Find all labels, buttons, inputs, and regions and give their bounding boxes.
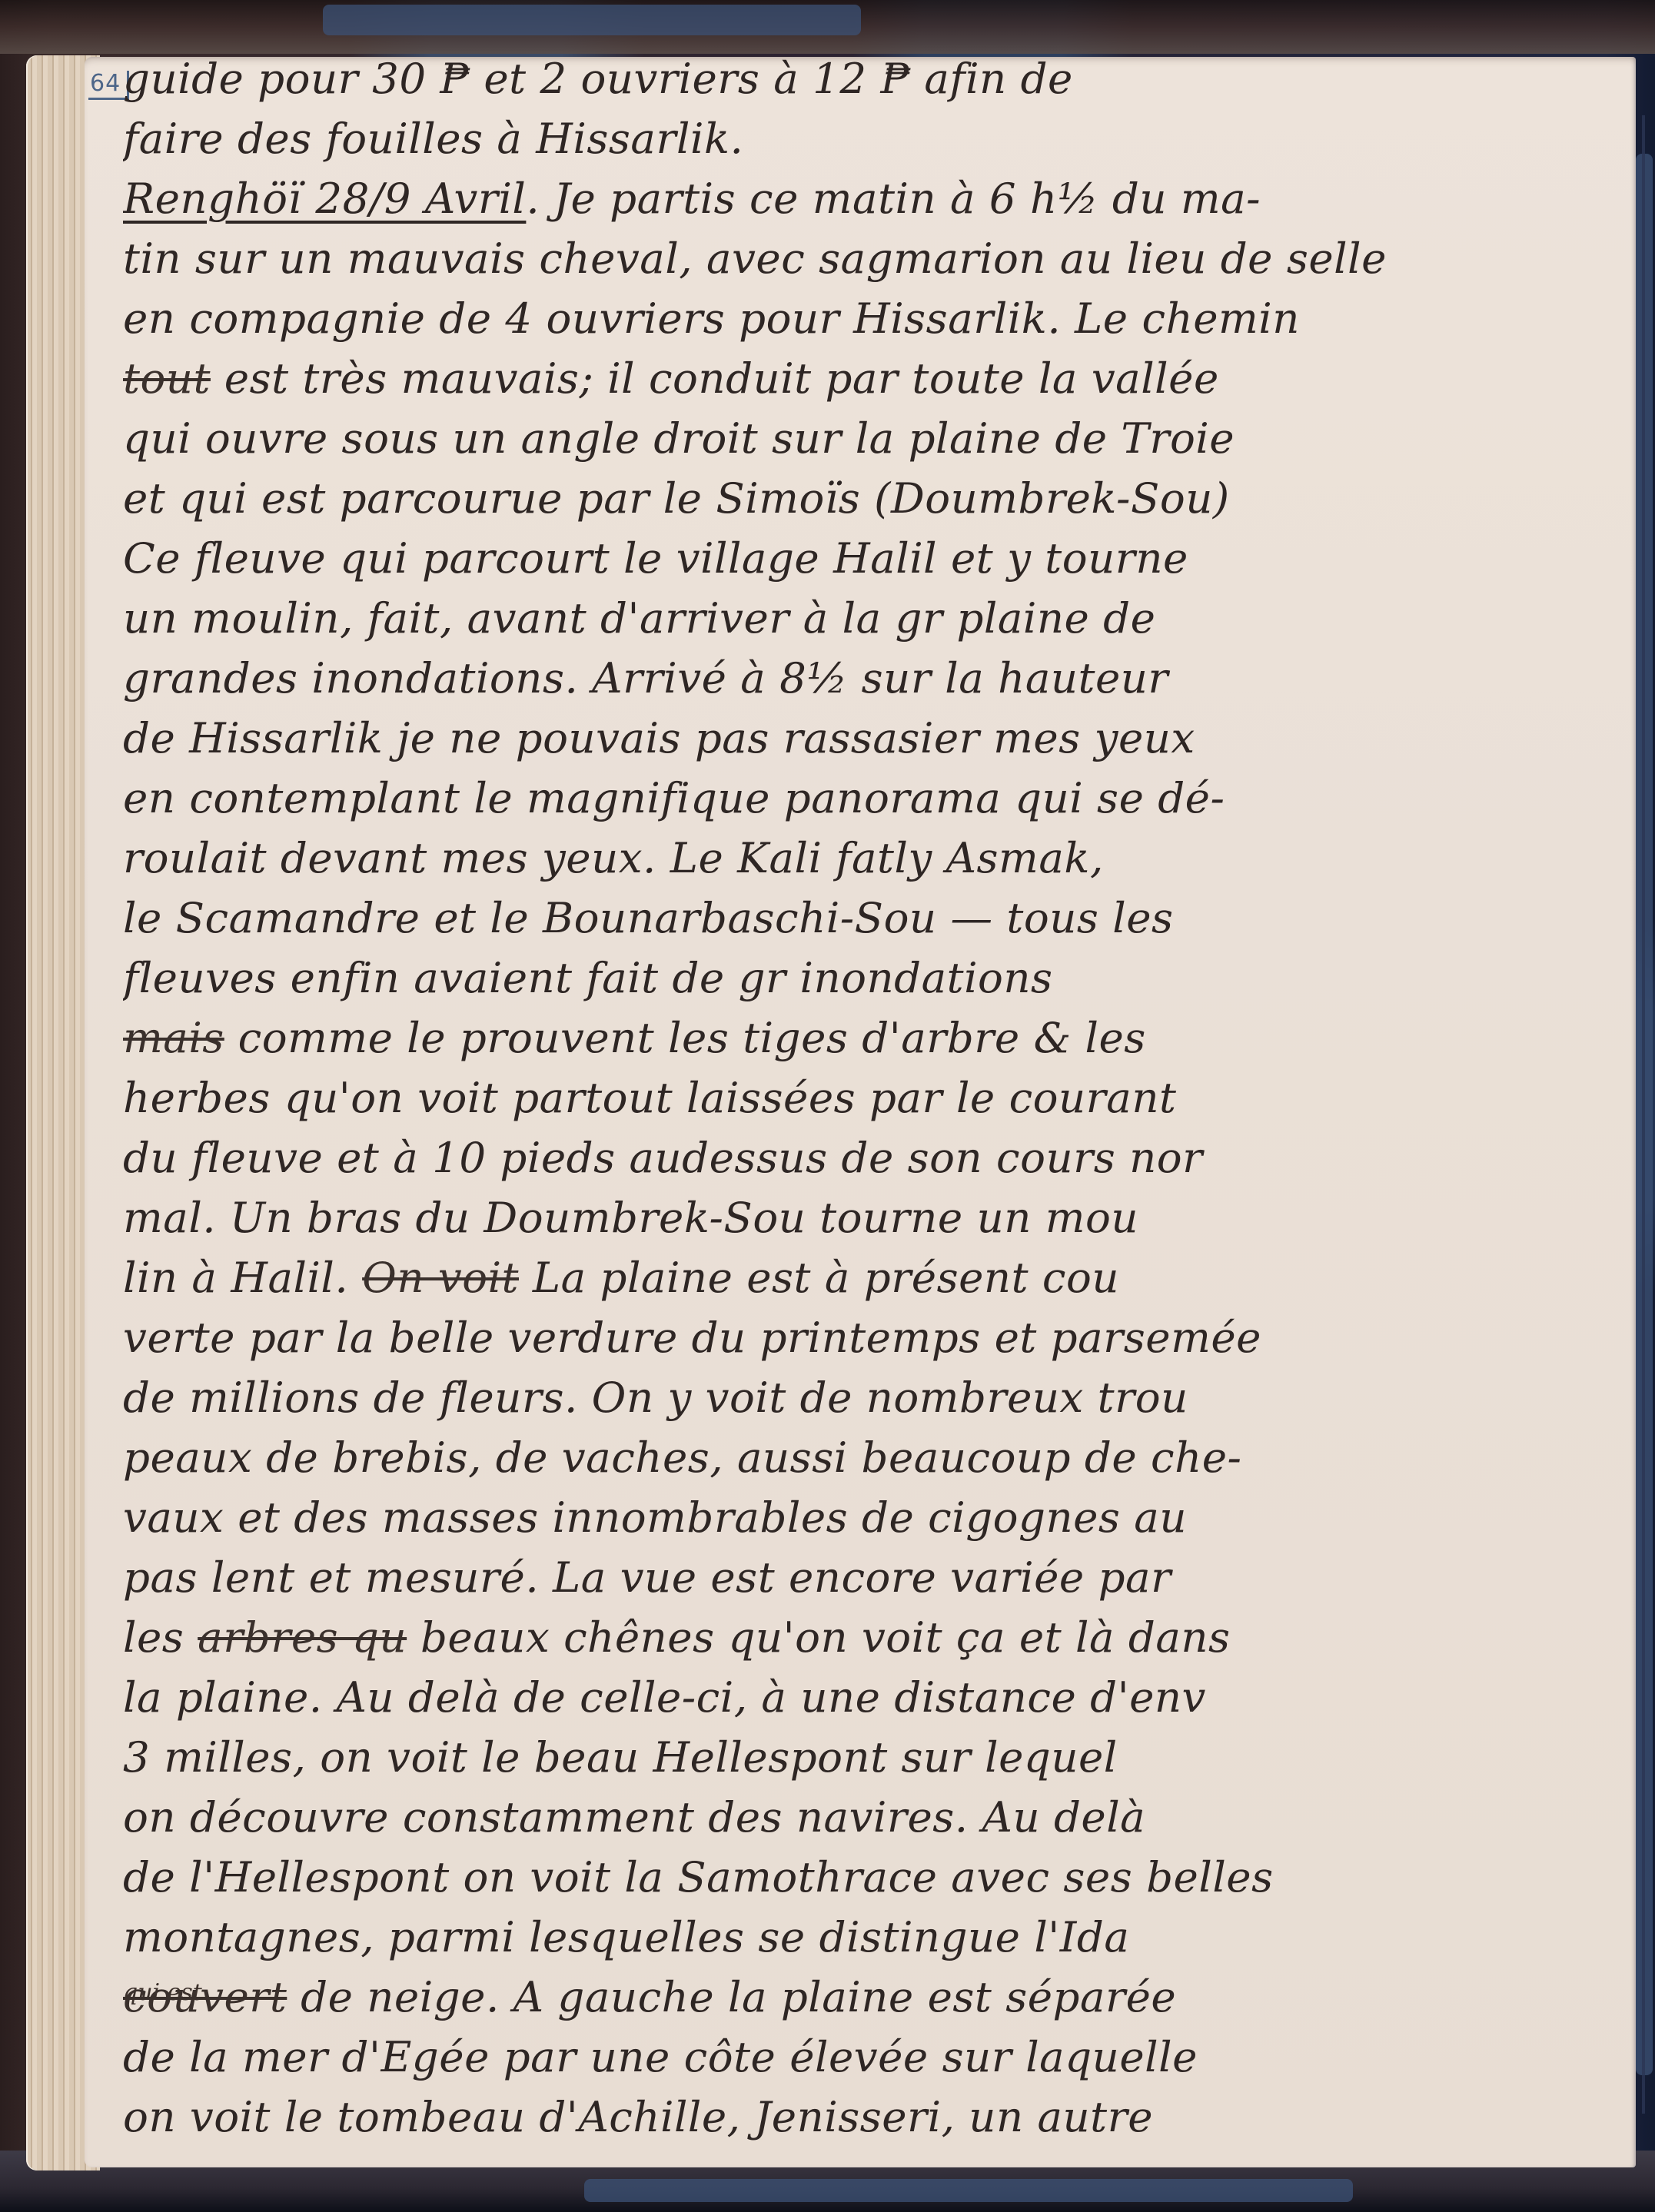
line-text: mal. Un bras du Doumbrek-Sou tourne un m… (123, 1193, 1138, 1242)
text-line: herbes qu'on voit partout laissées par l… (123, 1065, 1630, 1125)
text-line: tout est très mauvais; il conduit par to… (123, 346, 1630, 406)
line-text: faire des fouilles à Hissarlik. (123, 114, 743, 163)
text-line: du fleuve et à 10 pieds audessus de son … (123, 1125, 1630, 1185)
text-line: montagnes, parmi lesquelles se distingue… (123, 1905, 1630, 1965)
line-text: est très mauvais; il conduit par toute l… (211, 354, 1219, 403)
text-line: verte par la belle verdure du printemps … (123, 1305, 1630, 1365)
text-line: qui ouvre sous un angle droit sur la pla… (123, 406, 1630, 466)
line-text: le Scamandre et le Bounarbaschi-Sou — to… (123, 893, 1174, 942)
line-text: de neige. A gauche la plaine est séparée (287, 1972, 1176, 2021)
struck-text: tout (123, 354, 211, 403)
text-line: un moulin, fait, avant d'arriver à la gr… (123, 586, 1630, 646)
line-text: peaux de brebis, de vaches, aussi beauco… (123, 1433, 1242, 1482)
text-line: couvert de neige. A gauche la plaine est… (123, 1965, 1630, 2024)
text-line: de millions de fleurs. On y voit de nomb… (123, 1365, 1630, 1425)
text-line: en compagnie de 4 ouvriers pour Hissarli… (123, 286, 1630, 346)
text-line: mal. Un bras du Doumbrek-Sou tourne un m… (123, 1185, 1630, 1245)
line-text: en compagnie de 4 ouvriers pour Hissarli… (123, 294, 1300, 343)
line-text: beaux chênes qu'on voit ça et là dans (407, 1613, 1230, 1662)
text-line: tin sur un mauvais cheval, avec sagmario… (123, 226, 1630, 286)
struck-text: On voit (362, 1253, 519, 1302)
line-text: et qui est parcourue par le Simoïs (Doum… (123, 473, 1230, 523)
struck-text: arbres qu (198, 1613, 407, 1662)
line-text: grandes inondations. Arrivé à 8½ sur la … (123, 653, 1168, 702)
line-text: du fleuve et à 10 pieds audessus de son … (123, 1133, 1203, 1182)
text-line: lin à Halil. On voit La plaine est à pré… (123, 1245, 1630, 1305)
marbled-cover-patch (584, 2179, 1353, 2202)
text-line: la plaine. Au delà de celle-ci, à une di… (123, 1665, 1630, 1725)
line-text: montagnes, parmi lesquelles se distingue… (123, 1912, 1129, 1961)
text-line: guide pour 30 ₱ et 2 ouvriers à 12 ₱ afi… (123, 46, 1630, 106)
text-line: et qui est parcourue par le Simoïs (Doum… (123, 466, 1630, 526)
text-line: le Scamandre et le Bounarbaschi-Sou — to… (123, 885, 1630, 945)
text-line: 3 milles, on voit le beau Hellespont sur… (123, 1725, 1630, 1785)
line-text: de la mer d'Egée par une côte élevée sur… (123, 2032, 1198, 2081)
text-line: roulait devant mes yeux. Le Kali fatly A… (123, 825, 1630, 885)
line-text: verte par la belle verdure du printemps … (123, 1313, 1261, 1362)
text-line: pas lent et mesuré. La vue est encore va… (123, 1545, 1630, 1605)
line-text: 3 milles, on voit le beau Hellespont sur… (123, 1732, 1118, 1782)
text-line: mais comme le prouvent les tiges d'arbre… (123, 1005, 1630, 1065)
line-text: on découvre constamment des navires. Au … (123, 1792, 1145, 1842)
line-text: de l'Hellespont on voit la Samothrace av… (123, 1852, 1274, 1901)
text-line: en contemplant le magnifique panorama qu… (123, 766, 1630, 825)
line-text: pas lent et mesuré. La vue est encore va… (123, 1553, 1171, 1602)
text-line: on découvre constamment des navires. Au … (123, 1785, 1630, 1845)
page-right-edge (1642, 115, 1645, 2114)
text-line: les arbres qu beaux chênes qu'on voit ça… (123, 1605, 1630, 1665)
line-text: on voit le tombeau d'Achille, Jenisseri,… (123, 2092, 1153, 2141)
text-line: Ce fleuve qui parcourt le village Halil … (123, 526, 1630, 586)
marbled-cover-patch (323, 5, 861, 35)
line-text: fleuves enfin avaient fait de gr inondat… (123, 953, 1053, 1002)
text-line: grandes inondations. Arrivé à 8½ sur la … (123, 646, 1630, 706)
line-text: La plaine est à présent cou (519, 1253, 1119, 1302)
text-line: vaux et des masses innombrables de cigog… (123, 1485, 1630, 1545)
struck-text: couvert (123, 1972, 287, 2021)
line-text: les (123, 1613, 198, 1662)
text-line: fleuves enfin avaient fait de gr inondat… (123, 945, 1630, 1005)
line-text: de millions de fleurs. On y voit de nomb… (123, 1373, 1188, 1422)
text-line: on voit le tombeau d'Achille, Jenisseri,… (123, 2084, 1630, 2144)
line-text: la plaine. Au delà de celle-ci, à une di… (123, 1672, 1206, 1722)
line-text: roulait devant mes yeux. Le Kali fatly A… (123, 833, 1104, 882)
line-text: Ce fleuve qui parcourt le village Halil … (123, 533, 1188, 583)
text-line: de Hissarlik je ne pouvais pas rassasier… (123, 706, 1630, 766)
entry-heading: Renghöï 28/9 Avril (123, 174, 526, 223)
line-text: de Hissarlik je ne pouvais pas rassasier… (123, 713, 1195, 762)
text-line: faire des fouilles à Hissarlik. (123, 106, 1630, 166)
line-text: guide pour 30 ₱ et 2 ouvriers à 12 ₱ afi… (123, 54, 1073, 103)
line-text: en contemplant le magnifique panorama qu… (123, 773, 1225, 822)
text-line: de l'Hellespont on voit la Samothrace av… (123, 1845, 1630, 1905)
text-line: Renghöï 28/9 Avril. Je partis ce matin à… (123, 166, 1630, 226)
line-text: comme le prouvent les tiges d'arbre & le… (224, 1013, 1146, 1062)
line-text: tin sur un mauvais cheval, avec sagmario… (123, 234, 1387, 283)
line-text: lin à Halil. (123, 1253, 362, 1302)
line-text: un moulin, fait, avant d'arriver à la gr… (123, 593, 1155, 643)
text-line: de la mer d'Egée par une côte élevée sur… (123, 2024, 1630, 2084)
line-text: herbes qu'on voit partout laissées par l… (123, 1073, 1176, 1122)
handwritten-text-body: guide pour 30 ₱ et 2 ouvriers à 12 ₱ afi… (123, 46, 1630, 2144)
text-line: peaux de brebis, de vaches, aussi beauco… (123, 1425, 1630, 1485)
struck-text: mais (123, 1013, 224, 1062)
line-text: qui ouvre sous un angle droit sur la pla… (123, 414, 1235, 463)
line-text: . Je partis ce matin à 6 h½ du ma- (526, 174, 1261, 223)
line-text: vaux et des masses innombrables de cigog… (123, 1493, 1187, 1542)
